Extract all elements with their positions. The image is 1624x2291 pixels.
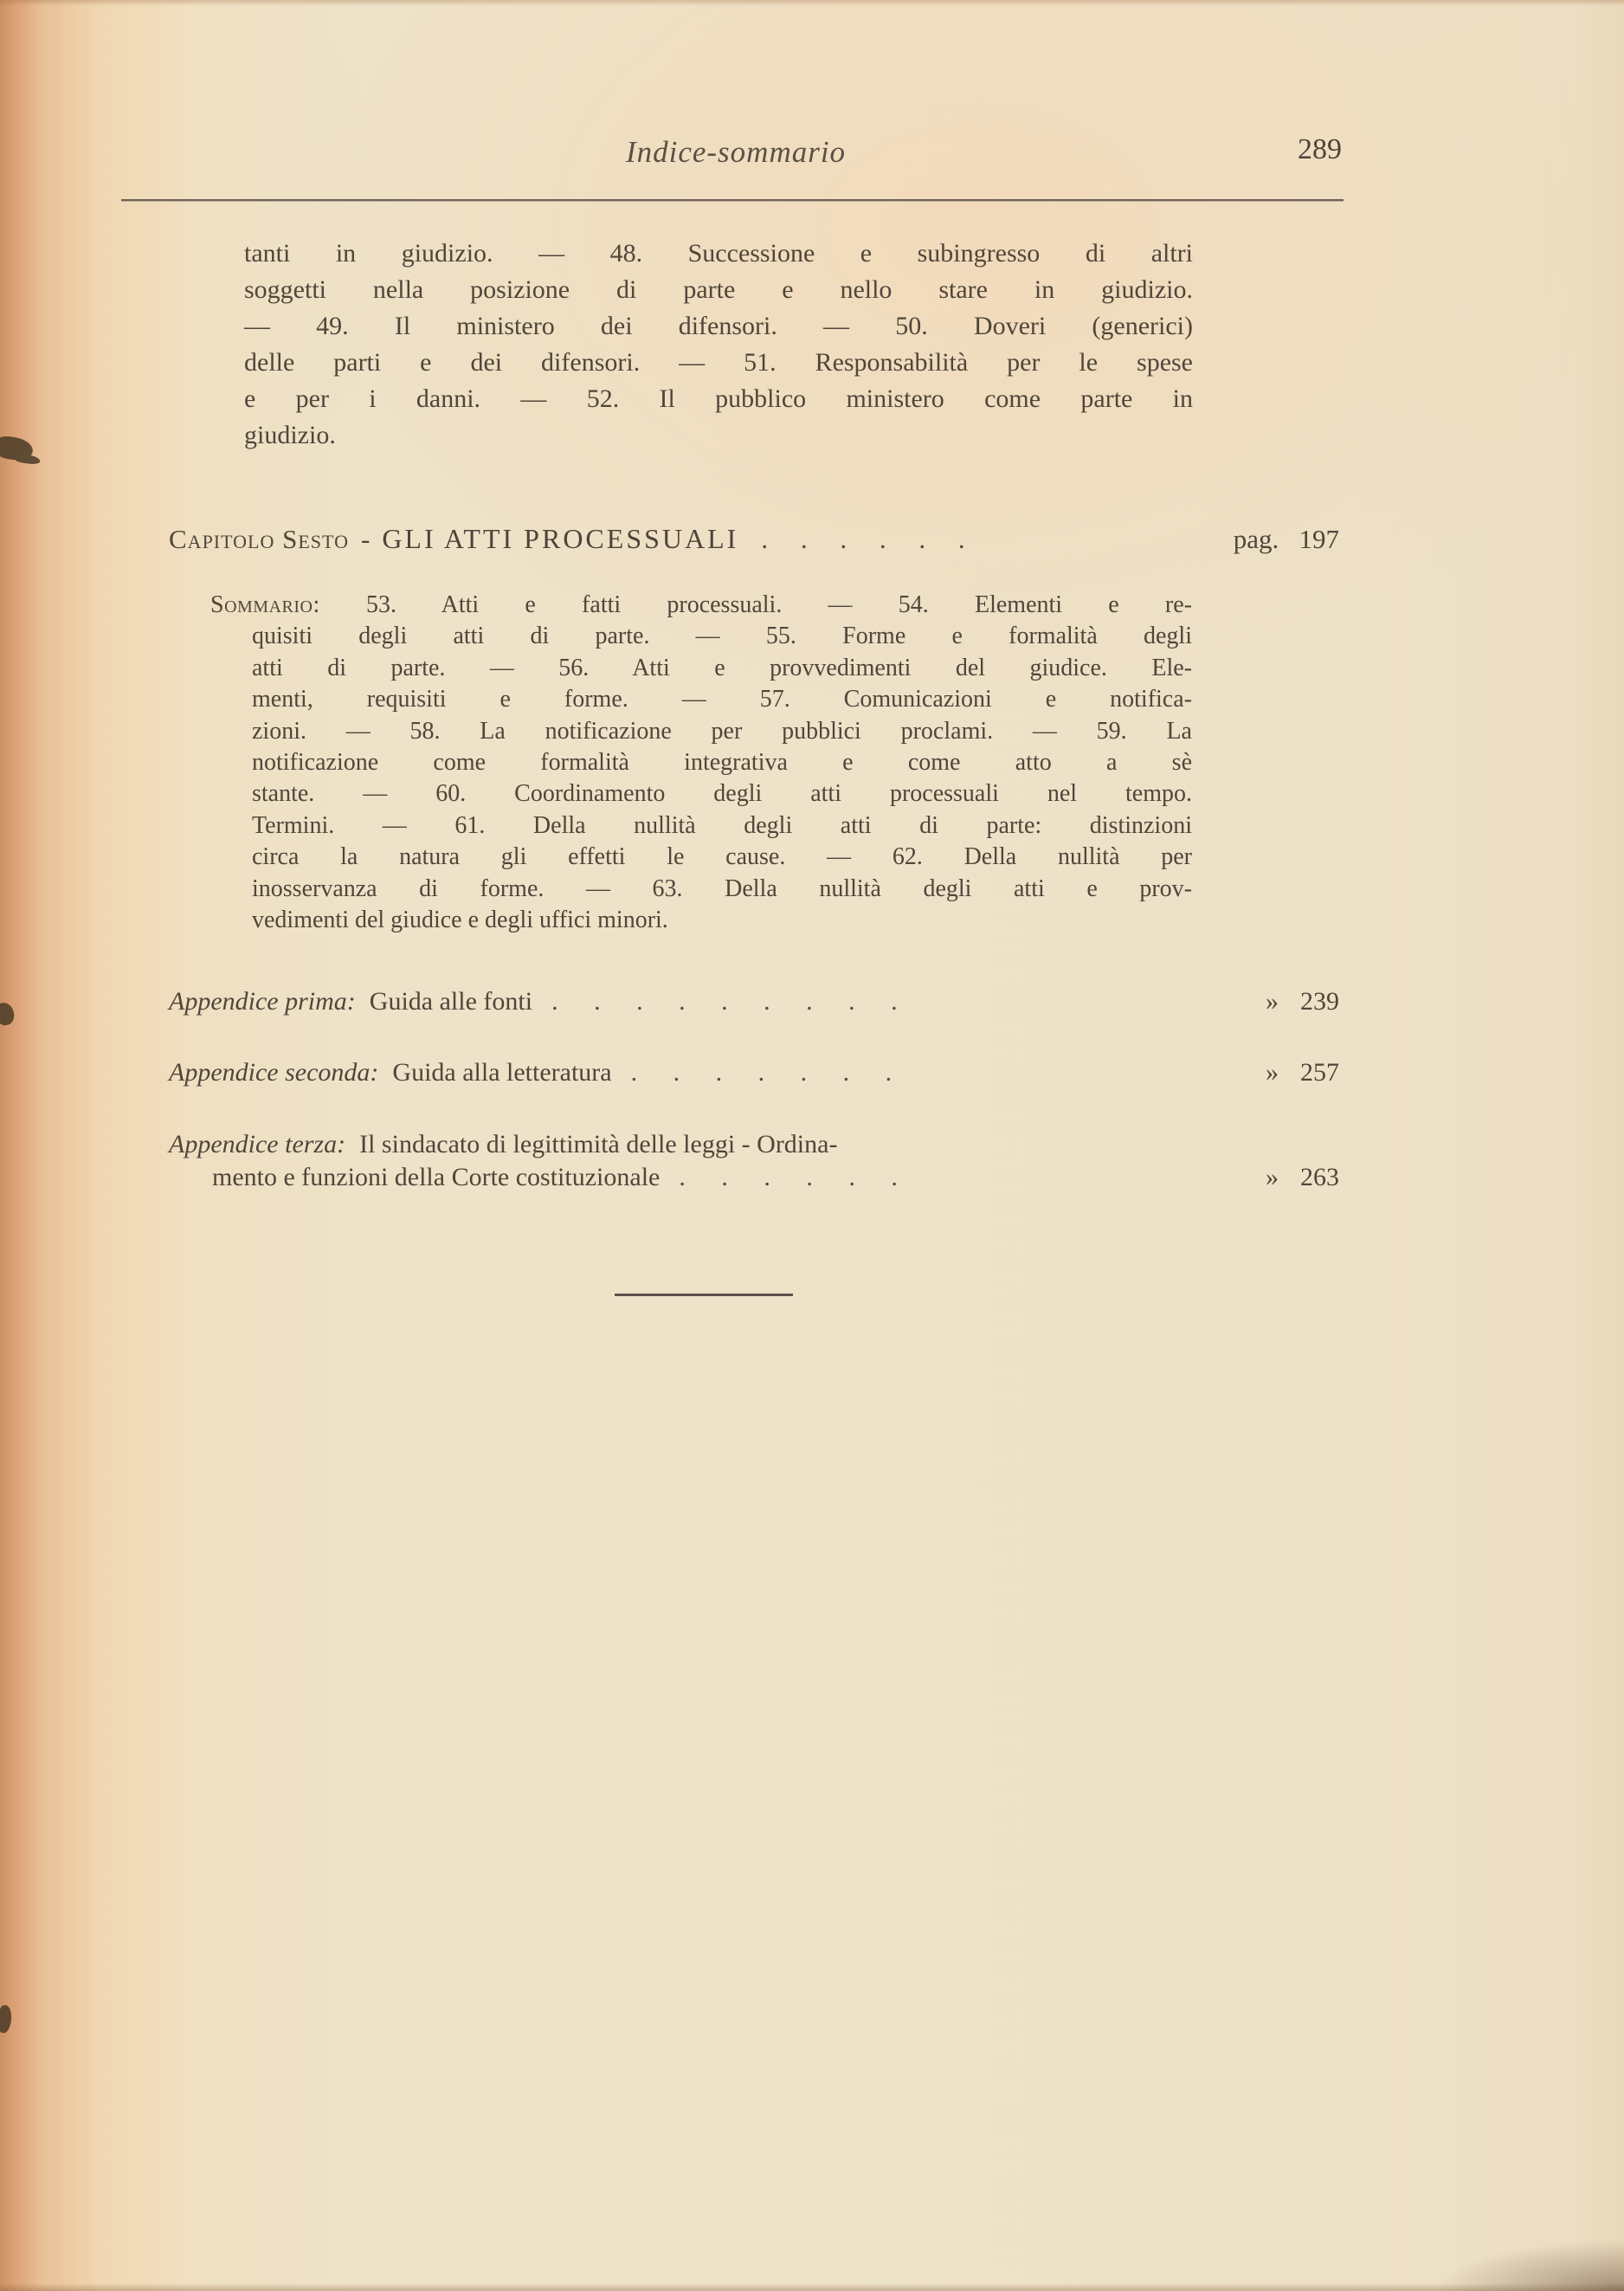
sommario-label: Sommario:: [210, 591, 320, 618]
appendix-text: mento e funzioni della Corte costituzion…: [169, 1163, 660, 1192]
dot-leader: . . . . . .: [660, 1163, 1259, 1192]
appendix-text: Il sindacato di legittimità delle leggi …: [359, 1130, 837, 1159]
chapter-page-number: 197: [1286, 524, 1339, 555]
text-line: atti di parte. — 56. Atti e provvediment…: [210, 653, 1192, 684]
text-line: stante. — 60. Coordinamento degli atti p…: [210, 778, 1192, 810]
page-top-edge: [0, 0, 1624, 6]
appendix-page-number: 257: [1286, 1058, 1339, 1087]
text-line: giudizio.: [244, 417, 1193, 454]
text-line: delle parti e dei difensori. — 51. Respo…: [244, 345, 1193, 381]
appendix-page-number: 263: [1286, 1163, 1339, 1192]
text-line: Termini. — 61. Della nullità degli atti …: [210, 810, 1192, 842]
running-header-title: Indice-sommario: [130, 135, 1342, 170]
text-line: inosservanza di forme. — 63. Della nulli…: [210, 874, 1192, 905]
page-abbrev: pag.: [1234, 524, 1279, 554]
chapter-page-ref: pag. 197: [1234, 524, 1339, 555]
appendix-entry-terza-line2: mento e funzioni della Corte costituzion…: [169, 1163, 1339, 1192]
section-end-rule: [615, 1294, 793, 1296]
appendix-text: Guida alle fonti: [370, 987, 532, 1016]
chapter-entry: Capitolo Sesto - GLI ATTI PROCESSUALI . …: [169, 523, 1339, 555]
appendix-label: Appendice terza:: [169, 1130, 345, 1159]
dot-leader: . . . . . . .: [612, 1058, 1259, 1087]
appendix-entry-terza-line1: Appendice terza: Il sindacato di legitti…: [169, 1130, 1339, 1159]
chapter-separator: -: [361, 524, 370, 555]
continuation-paragraph: tanti in giudizio. — 48. Successione e s…: [244, 236, 1193, 454]
running-header: Indice-sommario 289: [130, 135, 1342, 187]
binding-mark: [0, 2004, 13, 2033]
sommario-paragraph: Sommario: 53. Atti e fatti processuali. …: [210, 590, 1192, 936]
text-line: menti, requisiti e forme. — 57. Comunica…: [210, 684, 1192, 715]
page-number: 289: [1298, 133, 1342, 166]
chapter-label: Capitolo Sesto: [169, 524, 349, 555]
text-line: e per i danni. — 52. Il pubblico ministe…: [244, 381, 1193, 417]
text-line: circa la natura gli effetti le cause. — …: [210, 842, 1192, 873]
book-page: Indice-sommario 289 tanti in giudizio. —…: [0, 0, 1624, 2291]
appendix-label: Appendice seconda:: [169, 1058, 378, 1087]
ditto-mark: »: [1266, 1163, 1279, 1192]
ditto-mark: »: [1266, 987, 1279, 1016]
page-bottom-edge: [0, 2283, 1624, 2291]
appendix-entry-prima: Appendice prima: Guida alle fonti . . . …: [169, 987, 1339, 1016]
header-rule: [121, 199, 1344, 201]
text-line: soggetti nella posizione di parte e nell…: [244, 272, 1193, 308]
text-line: notificazione come formalità integrativa…: [210, 747, 1192, 778]
appendix-text: Guida alla letteratura: [392, 1058, 611, 1087]
ditto-mark: »: [1266, 1058, 1279, 1087]
chapter-title: GLI ATTI PROCESSUALI: [382, 523, 738, 555]
appendix-entry-seconda: Appendice seconda: Guida alla letteratur…: [169, 1058, 1339, 1087]
appendix-page-number: 239: [1286, 987, 1339, 1016]
dot-leader: . . . . . . . . .: [532, 987, 1259, 1016]
text-line: tanti in giudizio. — 48. Successione e s…: [244, 236, 1193, 272]
text-line: — 49. Il ministero dei difensori. — 50. …: [244, 308, 1193, 345]
binding-mark: [0, 435, 35, 462]
binding-mark: [0, 1001, 16, 1027]
sommario-first-line: Sommario: 53. Atti e fatti processuali. …: [210, 590, 1192, 621]
text-line: quisiti degli atti di parte. — 55. Forme…: [210, 621, 1192, 652]
text-line: zioni. — 58. La notificazione per pubbli…: [210, 716, 1192, 747]
sommario-first-text: 53. Atti e fatti processuali. — 54. Elem…: [366, 591, 1192, 618]
dot-leader: . . . . . .: [738, 524, 1233, 555]
text-line: vedimenti del giudice e degli uffici min…: [210, 905, 1192, 936]
page-corner-shadow: [1434, 2239, 1624, 2291]
appendix-label: Appendice prima:: [169, 987, 356, 1016]
